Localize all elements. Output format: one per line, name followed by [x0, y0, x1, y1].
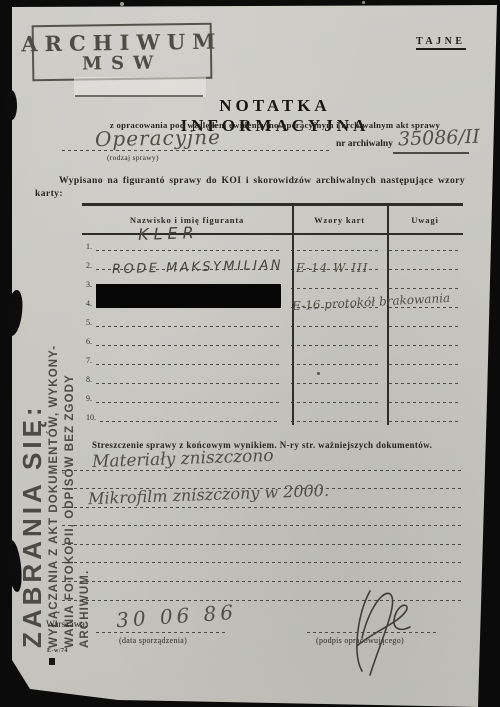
row-dotline [389, 345, 459, 346]
row-dotline [389, 269, 459, 270]
summary-line [62, 507, 462, 508]
row-dotline [389, 288, 459, 289]
row-dotline [96, 345, 280, 346]
table-header-notes: Uwagi [387, 206, 463, 233]
case-type-value: Operacyjne [95, 125, 221, 151]
summary-line [62, 581, 462, 582]
prohibition-stamp: ZABRANIA SIĘ: WYŁĄCZANIA Z AKT DOKUMENTÓ… [17, 282, 105, 648]
archive-msw-stamp: ARCHIWUM MSW [32, 23, 213, 82]
table-divider-2 [387, 203, 389, 425]
scanned-document: ARCHIWUM MSW TAJNE NOTATKA INFORMACYJNA … [0, 0, 500, 707]
row-dotline [291, 250, 379, 251]
redaction-bar [96, 284, 281, 308]
date-value: 30 06 86 [115, 600, 237, 632]
row-dotline [291, 383, 379, 384]
row-dotline [389, 250, 459, 251]
row-dotline [96, 383, 280, 384]
form-code-mark [49, 658, 55, 665]
case-type-caption: (rodzaj sprawy) [107, 153, 159, 162]
row-dotline [96, 364, 280, 365]
row-dotline [389, 326, 459, 327]
table-header-cards: Wzory kart [292, 206, 387, 233]
row-dotline [96, 402, 280, 403]
table-row: 9. [82, 387, 463, 406]
summary-entry-2: Mikrofilm zniszczony w 2000. [88, 481, 330, 508]
entry-row3-card: E-14 W III [296, 261, 369, 275]
row-number: 2. [86, 262, 92, 270]
summary-line [62, 544, 462, 545]
summary-line [62, 562, 462, 563]
date-caption: (data sporządzenia) [119, 636, 187, 645]
row-dotline [96, 250, 280, 251]
row-number: 1. [86, 243, 92, 251]
case-type-line [62, 150, 332, 151]
row-dotline [291, 326, 379, 327]
table-row: 7. [82, 349, 463, 368]
row-dotline [389, 364, 459, 365]
faded-stamp-impression [74, 77, 206, 97]
row-dotline [291, 364, 379, 365]
archive-stamp-line1: ARCHIWUM [21, 30, 223, 55]
row-dotline [291, 288, 379, 289]
classification-label: TAJNE [416, 36, 466, 50]
form-code: E-w/74 [47, 648, 68, 654]
row-dotline [389, 402, 459, 403]
intro-paragraph: Wypisano na figurantó sprawy do KOI i sk… [35, 175, 465, 200]
prohibition-line2: WYŁĄCZANIA Z AKT DOKUMENTÓW, WYKONY- [47, 282, 63, 648]
row-dotline [96, 326, 280, 327]
archive-stamp-line2: MSW [82, 53, 162, 73]
row-dotline [389, 421, 459, 422]
archive-number-label: nr archiwalny [336, 139, 393, 149]
table-row: 5. [82, 311, 463, 330]
prohibition-line1: ZABRANIA SIĘ: [17, 282, 47, 648]
document-content: ARCHIWUM MSW TAJNE NOTATKA INFORMACYJNA … [0, 0, 500, 707]
row-dotline [291, 402, 379, 403]
prohibition-line4: ARCHIWUM. [78, 282, 94, 648]
table-row: 8. [82, 368, 463, 387]
signature-scribble [340, 583, 420, 678]
table-row: 6. [82, 330, 463, 349]
row-dotline [389, 383, 459, 384]
archive-number-underline [393, 152, 469, 154]
row-dotline [100, 421, 280, 422]
row-dotline [291, 421, 379, 422]
entry-row1-name: KLER [138, 223, 199, 244]
table-row: 10. [82, 406, 463, 425]
row-dotline [291, 345, 379, 346]
table-divider-1 [292, 203, 294, 425]
footer-city: Warszawa, [46, 620, 87, 630]
prohibition-line3: WANIA FOTOKOPII, ODPISÓW BEZ ZGODY [63, 282, 79, 648]
archive-number-value: 35086/II [398, 126, 481, 151]
summary-line [62, 525, 462, 526]
date-line [96, 632, 226, 633]
